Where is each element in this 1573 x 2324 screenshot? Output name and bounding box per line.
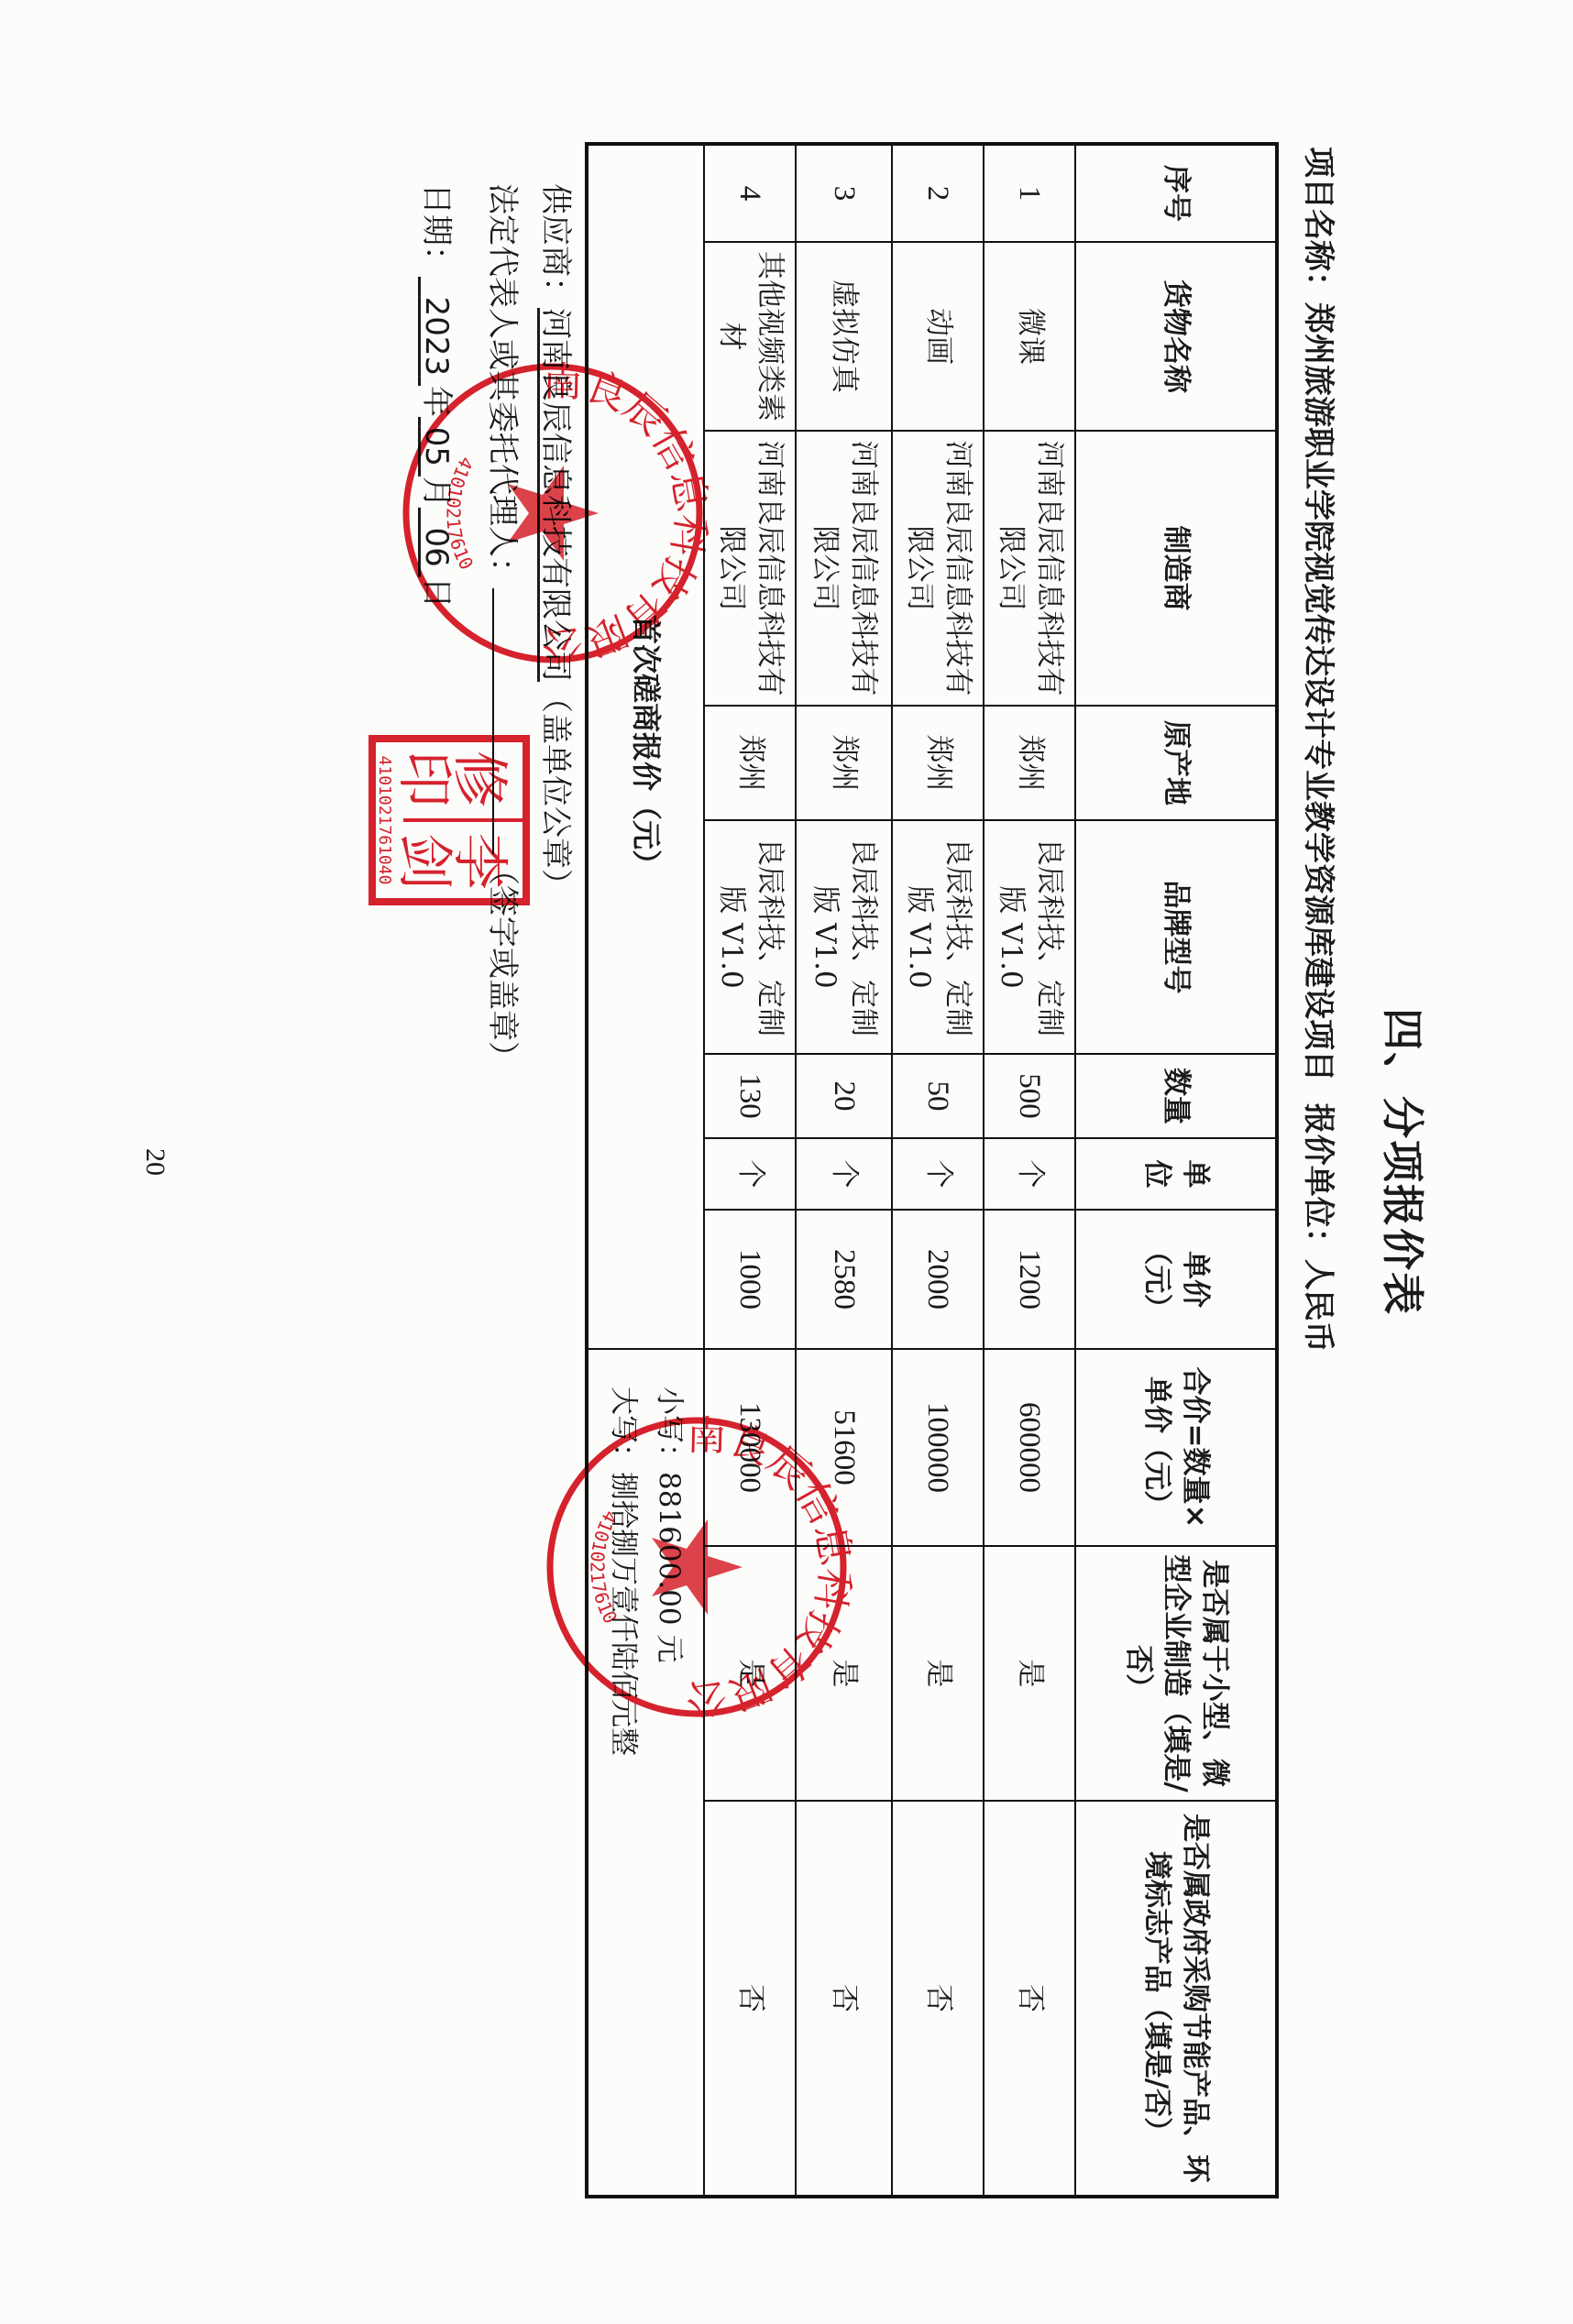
cell-name: 微课 xyxy=(984,242,1075,431)
cell-quantity: 500 xyxy=(984,1054,1075,1138)
header-cell: 是否属于小型、微型企业制造（填是/否） xyxy=(1075,1546,1277,1801)
cell-quantity: 50 xyxy=(892,1054,984,1138)
header-cell: 原产地 xyxy=(1075,706,1277,820)
svg-text:4101021761040: 4101021761040 xyxy=(375,756,394,885)
supplier-note: （盖单位公章） xyxy=(537,682,574,900)
cell-unit: 个 xyxy=(892,1138,984,1210)
cell-unit: 个 xyxy=(984,1138,1075,1210)
cell-total: 100000 xyxy=(892,1349,984,1546)
date-year: 2023 xyxy=(418,277,455,386)
cell-manufacturer: 河南良辰信息科技有限公司 xyxy=(796,431,892,706)
supplier-label: 供应商： xyxy=(537,183,574,308)
cell-manufacturer: 河南良辰信息科技有限公司 xyxy=(704,431,796,706)
document-page: 四、分项报价表 项目名称：郑州旅游职业学院视觉传达设计专业教学资源库建设项目 报… xyxy=(0,0,1573,2324)
cell-unit: 个 xyxy=(704,1138,796,1210)
cell-manufacturer: 河南良辰信息科技有限公司 xyxy=(892,431,984,706)
date-label: 日期： xyxy=(418,183,455,277)
cell-energy-saving: 否 xyxy=(704,1801,796,2197)
representative-signature-field xyxy=(492,588,522,854)
cell-small-micro: 是 xyxy=(892,1546,984,1801)
cell-quantity: 20 xyxy=(796,1054,892,1138)
summary-label: 首次磋商报价（元） xyxy=(587,144,704,1349)
cell-name: 虚拟仿真 xyxy=(796,242,892,431)
cell-small-micro: 是 xyxy=(984,1546,1075,1801)
cell-energy-saving: 否 xyxy=(984,1801,1075,2197)
date-month-suffix: 月 xyxy=(418,477,455,508)
summary-lower-case: 小写：881600.00 元 xyxy=(646,1387,692,2187)
project-name: 郑州旅游职业学院视觉传达设计专业教学资源库建设项目 xyxy=(1300,302,1336,1081)
cell-unit-price: 1200 xyxy=(984,1210,1075,1349)
table-row: 3 虚拟仿真 河南良辰信息科技有限公司 郑州 良辰科技、定制版 V1.0 20 … xyxy=(796,144,892,2197)
header-cell: 品牌型号 xyxy=(1075,820,1277,1054)
cell-origin: 郑州 xyxy=(704,706,796,820)
cell-small-micro: 是 xyxy=(704,1546,796,1801)
cell-name: 其他视频类素材 xyxy=(704,242,796,431)
document-title: 四、分项报价表 xyxy=(1375,0,1435,2324)
cell-brand-model: 良辰科技、定制版 V1.0 xyxy=(984,820,1075,1054)
cell-brand-model: 良辰科技、定制版 V1.0 xyxy=(892,820,984,1054)
cell-name: 动画 xyxy=(892,242,984,431)
cell-origin: 郑州 xyxy=(796,706,892,820)
cell-total: 130000 xyxy=(704,1349,796,1546)
header-cell: 单价（元） xyxy=(1075,1210,1277,1349)
cell-unit-price: 1000 xyxy=(704,1210,796,1349)
svg-text:剑: 剑 xyxy=(391,833,458,890)
summary-upper-case: 大写：捌拾捌万壹仟陆佰元整 xyxy=(600,1387,646,2187)
table-row: 1 微课 河南良辰信息科技有限公司 郑州 良辰科技、定制版 V1.0 500 个… xyxy=(984,144,1075,2197)
cell-total: 51600 xyxy=(796,1349,892,1546)
date-month: 05 xyxy=(418,417,455,477)
page-number: 20 xyxy=(139,0,170,2324)
cell-no: 2 xyxy=(892,144,984,242)
cell-manufacturer: 河南良辰信息科技有限公司 xyxy=(984,431,1075,706)
representative-label: 法定代表人或其委托代理人： xyxy=(484,183,521,588)
header-cell: 单位 xyxy=(1075,1138,1277,1210)
cell-origin: 郑州 xyxy=(892,706,984,820)
cell-origin: 郑州 xyxy=(984,706,1075,820)
svg-text:印: 印 xyxy=(391,751,458,807)
cell-unit-price: 2580 xyxy=(796,1210,892,1349)
cell-unit: 个 xyxy=(796,1138,892,1210)
header-cell: 数量 xyxy=(1075,1054,1277,1138)
header-cell: 货物名称 xyxy=(1075,242,1277,431)
currency-label: 报价单位： xyxy=(1300,1103,1336,1259)
cell-brand-model: 良辰科技、定制版 V1.0 xyxy=(796,820,892,1054)
project-info-line: 项目名称：郑州旅游职业学院视觉传达设计专业教学资源库建设项目 报价单位：人民币 xyxy=(1299,147,1344,1353)
table-row: 2 动画 河南良辰信息科技有限公司 郑州 良辰科技、定制版 V1.0 50 个 … xyxy=(892,144,984,2197)
cell-brand-model: 良辰科技、定制版 V1.0 xyxy=(704,820,796,1054)
date-line: 日期： 2023 年 05 月 06 日 xyxy=(417,183,462,608)
date-day: 06 xyxy=(418,508,455,577)
header-cell: 是否属政府采购节能产品、环境标志产品（填是/否） xyxy=(1075,1801,1277,2197)
supplier-name: 河南良辰信息科技有限公司 xyxy=(537,308,574,682)
cell-total: 600000 xyxy=(984,1349,1075,1546)
cell-quantity: 130 xyxy=(704,1054,796,1138)
cell-no: 3 xyxy=(796,144,892,242)
project-label: 项目名称： xyxy=(1300,147,1336,302)
currency-value: 人民币 xyxy=(1300,1259,1336,1353)
cell-energy-saving: 否 xyxy=(796,1801,892,2197)
header-cell: 合价=数量×单价（元） xyxy=(1075,1349,1277,1546)
representative-line: 法定代表人或其委托代理人：（签字或盖章） xyxy=(483,183,528,1072)
supplier-line: 供应商：河南良辰信息科技有限公司（盖单位公章） xyxy=(536,183,581,900)
date-day-suffix: 日 xyxy=(418,577,455,608)
cell-unit-price: 2000 xyxy=(892,1210,984,1349)
cell-no: 4 xyxy=(704,144,796,242)
table-row: 4 其他视频类素材 河南良辰信息科技有限公司 郑州 良辰科技、定制版 V1.0 … xyxy=(704,144,796,2197)
header-cell: 制造商 xyxy=(1075,431,1277,706)
date-year-suffix: 年 xyxy=(418,386,455,417)
cell-no: 1 xyxy=(984,144,1075,242)
representative-note: （签字或盖章） xyxy=(484,854,521,1072)
header-cell: 序号 xyxy=(1075,144,1277,242)
summary-value: 小写：881600.00 元 大写：捌拾捌万壹仟陆佰元整 xyxy=(587,1349,704,2197)
table-header-row: 序号 货物名称 制造商 原产地 品牌型号 数量 单位 单价（元） 合价=数量×单… xyxy=(1075,144,1277,2197)
cell-energy-saving: 否 xyxy=(892,1801,984,2197)
itemized-quote-table: 序号 货物名称 制造商 原产地 品牌型号 数量 单位 单价（元） 合价=数量×单… xyxy=(585,142,1279,2198)
cell-small-micro: 是 xyxy=(796,1546,892,1801)
table-summary-row: 首次磋商报价（元） 小写：881600.00 元 大写：捌拾捌万壹仟陆佰元整 xyxy=(587,144,704,2197)
